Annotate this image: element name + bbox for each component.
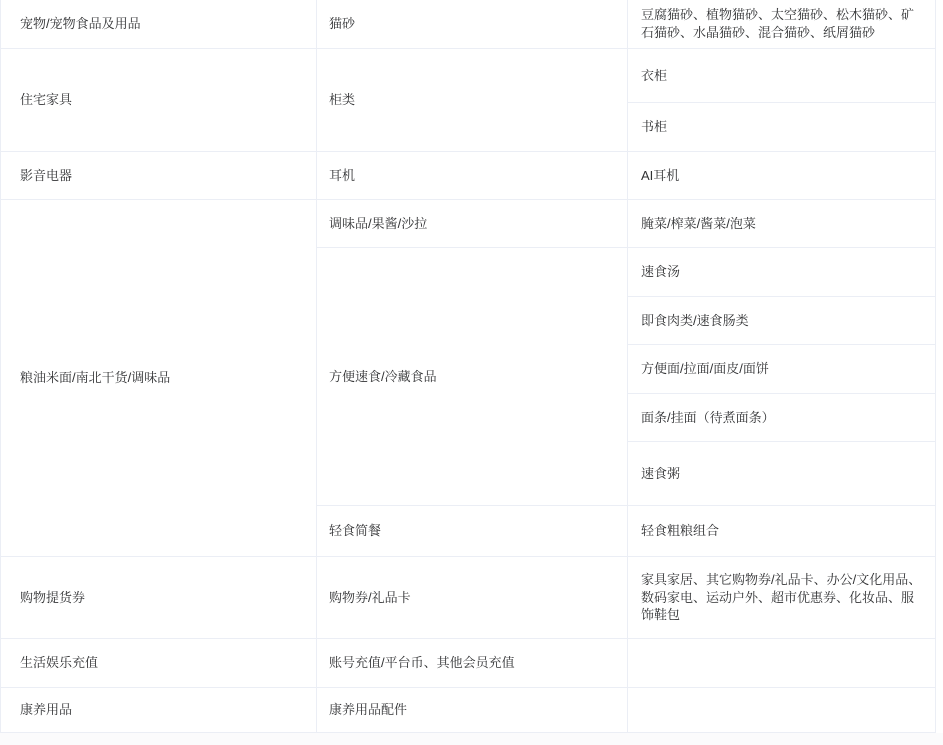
leaf-cell: 书柜 [628, 102, 935, 151]
subcategory-cell: 柜类 [317, 49, 628, 151]
group-items: 轻食粗粮组合 [628, 506, 935, 556]
row-groups: 柜类 衣柜 书柜 [317, 49, 935, 151]
subcategory-cell: 猫砂 [317, 0, 628, 48]
category-mapping-table: 宠物/宠物食品及用品 猫砂 豆腐猫砂、植物猫砂、太空猫砂、松木猫砂、矿石猫砂、水… [0, 0, 936, 733]
group-row: 柜类 衣柜 书柜 [317, 49, 935, 151]
leaf-cell: 衣柜 [628, 49, 935, 102]
group-row: 耳机 AI耳机 [317, 152, 935, 199]
subcategory-cell: 方便速食/冷藏食品 [317, 248, 628, 505]
category-cell: 影音电器 [1, 152, 317, 199]
leaf-cell: 方便面/拉面/面皮/面饼 [628, 344, 935, 393]
leaf-cell [628, 688, 935, 732]
subcategory-cell: 账号充值/平台币、其他会员充值 [317, 639, 628, 687]
table-row: 粮油米面/南北干货/调味品 调味品/果酱/沙拉 腌菜/榨菜/酱菜/泡菜 方便速食… [1, 199, 935, 556]
group-row: 猫砂 豆腐猫砂、植物猫砂、太空猫砂、松木猫砂、矿石猫砂、水晶猫砂、混合猫砂、纸屑… [317, 0, 935, 48]
leaf-cell: 面条/挂面（待煮面条） [628, 393, 935, 441]
row-groups: 康养用品配件 [317, 688, 935, 732]
category-cell: 住宅家具 [1, 49, 317, 151]
table-row: 宠物/宠物食品及用品 猫砂 豆腐猫砂、植物猫砂、太空猫砂、松木猫砂、矿石猫砂、水… [1, 0, 935, 48]
group-items [628, 639, 935, 687]
category-cell: 购物提货券 [1, 557, 317, 638]
leaf-cell: 轻食粗粮组合 [628, 506, 935, 556]
group-row: 购物券/礼品卡 家具家居、其它购物券/礼品卡、办公/文化用品、数码家电、运动户外… [317, 557, 935, 638]
table-row: 购物提货券 购物券/礼品卡 家具家居、其它购物券/礼品卡、办公/文化用品、数码家… [1, 556, 935, 638]
leaf-cell: AI耳机 [628, 152, 935, 199]
group-items: 衣柜 书柜 [628, 49, 935, 151]
group-row: 方便速食/冷藏食品 速食汤 即食肉类/速食肠类 方便面/拉面/面皮/面饼 面条/… [317, 247, 935, 505]
page-background-strip [0, 733, 943, 745]
leaf-cell: 家具家居、其它购物券/礼品卡、办公/文化用品、数码家电、运动户外、超市优惠券、化… [628, 557, 935, 638]
table-row: 生活娱乐充值 账号充值/平台币、其他会员充值 [1, 638, 935, 687]
group-row: 康养用品配件 [317, 688, 935, 732]
table-row: 影音电器 耳机 AI耳机 [1, 151, 935, 199]
leaf-cell: 速食粥 [628, 441, 935, 505]
row-groups: 购物券/礼品卡 家具家居、其它购物券/礼品卡、办公/文化用品、数码家电、运动户外… [317, 557, 935, 638]
row-groups: 调味品/果酱/沙拉 腌菜/榨菜/酱菜/泡菜 方便速食/冷藏食品 速食汤 即食肉类… [317, 200, 935, 556]
row-groups: 猫砂 豆腐猫砂、植物猫砂、太空猫砂、松木猫砂、矿石猫砂、水晶猫砂、混合猫砂、纸屑… [317, 0, 935, 48]
subcategory-cell: 购物券/礼品卡 [317, 557, 628, 638]
group-items [628, 688, 935, 732]
subcategory-cell: 康养用品配件 [317, 688, 628, 732]
leaf-cell: 速食汤 [628, 248, 935, 296]
group-row: 轻食简餐 轻食粗粮组合 [317, 505, 935, 556]
category-cell: 宠物/宠物食品及用品 [1, 0, 317, 48]
table-row: 住宅家具 柜类 衣柜 书柜 [1, 48, 935, 151]
table-row: 康养用品 康养用品配件 [1, 687, 935, 732]
group-items: 腌菜/榨菜/酱菜/泡菜 [628, 200, 935, 247]
category-cell: 生活娱乐充值 [1, 639, 317, 687]
subcategory-cell: 耳机 [317, 152, 628, 199]
group-items: AI耳机 [628, 152, 935, 199]
leaf-cell [628, 639, 935, 687]
subcategory-cell: 调味品/果酱/沙拉 [317, 200, 628, 247]
category-cell: 康养用品 [1, 688, 317, 732]
group-row: 账号充值/平台币、其他会员充值 [317, 639, 935, 687]
group-row: 调味品/果酱/沙拉 腌菜/榨菜/酱菜/泡菜 [317, 200, 935, 247]
leaf-cell: 豆腐猫砂、植物猫砂、太空猫砂、松木猫砂、矿石猫砂、水晶猫砂、混合猫砂、纸屑猫砂 [628, 0, 935, 48]
row-groups: 账号充值/平台币、其他会员充值 [317, 639, 935, 687]
category-cell: 粮油米面/南北干货/调味品 [1, 200, 317, 556]
row-groups: 耳机 AI耳机 [317, 152, 935, 199]
leaf-cell: 腌菜/榨菜/酱菜/泡菜 [628, 200, 935, 247]
subcategory-cell: 轻食简餐 [317, 506, 628, 556]
group-items: 速食汤 即食肉类/速食肠类 方便面/拉面/面皮/面饼 面条/挂面（待煮面条） 速… [628, 248, 935, 505]
group-items: 豆腐猫砂、植物猫砂、太空猫砂、松木猫砂、矿石猫砂、水晶猫砂、混合猫砂、纸屑猫砂 [628, 0, 935, 48]
leaf-cell: 即食肉类/速食肠类 [628, 296, 935, 344]
group-items: 家具家居、其它购物券/礼品卡、办公/文化用品、数码家电、运动户外、超市优惠券、化… [628, 557, 935, 638]
